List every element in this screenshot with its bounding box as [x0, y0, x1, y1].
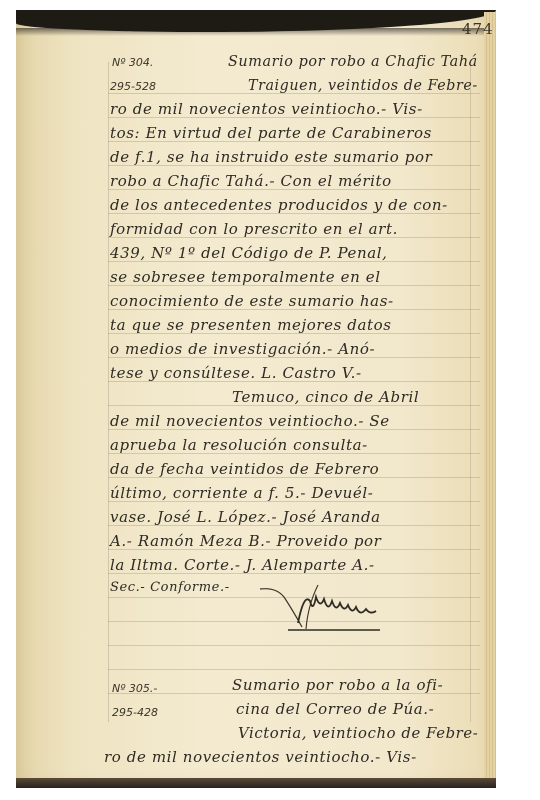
entry-line: de f.1, se ha instruido este sumario por: [110, 148, 432, 166]
entry-reference: 295-528: [110, 80, 156, 93]
entry-line: Victoria, veintiocho de Febre-: [238, 724, 478, 742]
entry-line: de los antecedentes producidos y de con-: [110, 196, 448, 214]
margin-rule: [108, 62, 109, 722]
entry-line: da de fecha veintidos de Febrero: [110, 460, 379, 478]
entry-line: ro de mil novecientos veintiocho.- Vis-: [110, 100, 423, 118]
entry-line: 439, Nº 1º del Código de P. Penal,: [110, 244, 388, 262]
entry-line: o medios de investigación.- Anó-: [110, 340, 375, 358]
entry-line: vase. José L. López.- José Aranda: [110, 508, 381, 526]
entry-line: formidad con lo prescrito en el art.: [110, 220, 398, 238]
entry-line: tese y consúltese. L. Castro V.-: [110, 364, 362, 382]
entry-number: Nº 304.: [112, 56, 153, 69]
entry-line: ta que se presenten mejores datos: [110, 316, 392, 334]
book-binding-bottom: [16, 778, 496, 788]
folio-number: 474: [462, 20, 494, 38]
entry-line: A.- Ramón Meza B.- Proveido por: [110, 532, 381, 550]
entry-line: Temuco, cinco de Abril: [232, 388, 419, 406]
signature: [258, 583, 388, 633]
entry-line: conocimiento de este sumario has-: [110, 292, 394, 310]
entry-number: Nº 305.-: [112, 682, 157, 695]
entry-line: último, corriente a f. 5.- Devuél-: [110, 484, 373, 502]
entry-line: Sumario por robo a Chafic Tahá: [228, 52, 478, 70]
entry-line: aprueba la resolución consulta-: [110, 436, 368, 454]
entry-line: la Iltma. Corte.- J. Alemparte A.-: [110, 556, 375, 574]
entry-line: de mil novecientos veintiocho.- Se: [110, 412, 390, 430]
entry-line: Sec.- Conforme.-: [110, 580, 230, 595]
book-binding-top: [16, 10, 496, 32]
entry-line: tos: En virtud del parte de Carabineros: [110, 124, 432, 142]
entry-line: Traiguen, veintidos de Febre-: [248, 76, 478, 94]
entry-reference: 295-428: [112, 706, 158, 719]
page-edges: [484, 12, 496, 782]
entry-line: ro de mil novecientos veintiocho.- Vis-: [104, 748, 417, 766]
entry-line: robo a Chafic Tahá.- Con el mérito: [110, 172, 392, 190]
entry-line: cina del Correo de Púa.-: [236, 700, 434, 718]
entry-line: se sobresee temporalmente en el: [110, 268, 381, 286]
entry-line: Sumario por robo a la ofi-: [232, 676, 443, 694]
right-rule: [470, 62, 471, 722]
